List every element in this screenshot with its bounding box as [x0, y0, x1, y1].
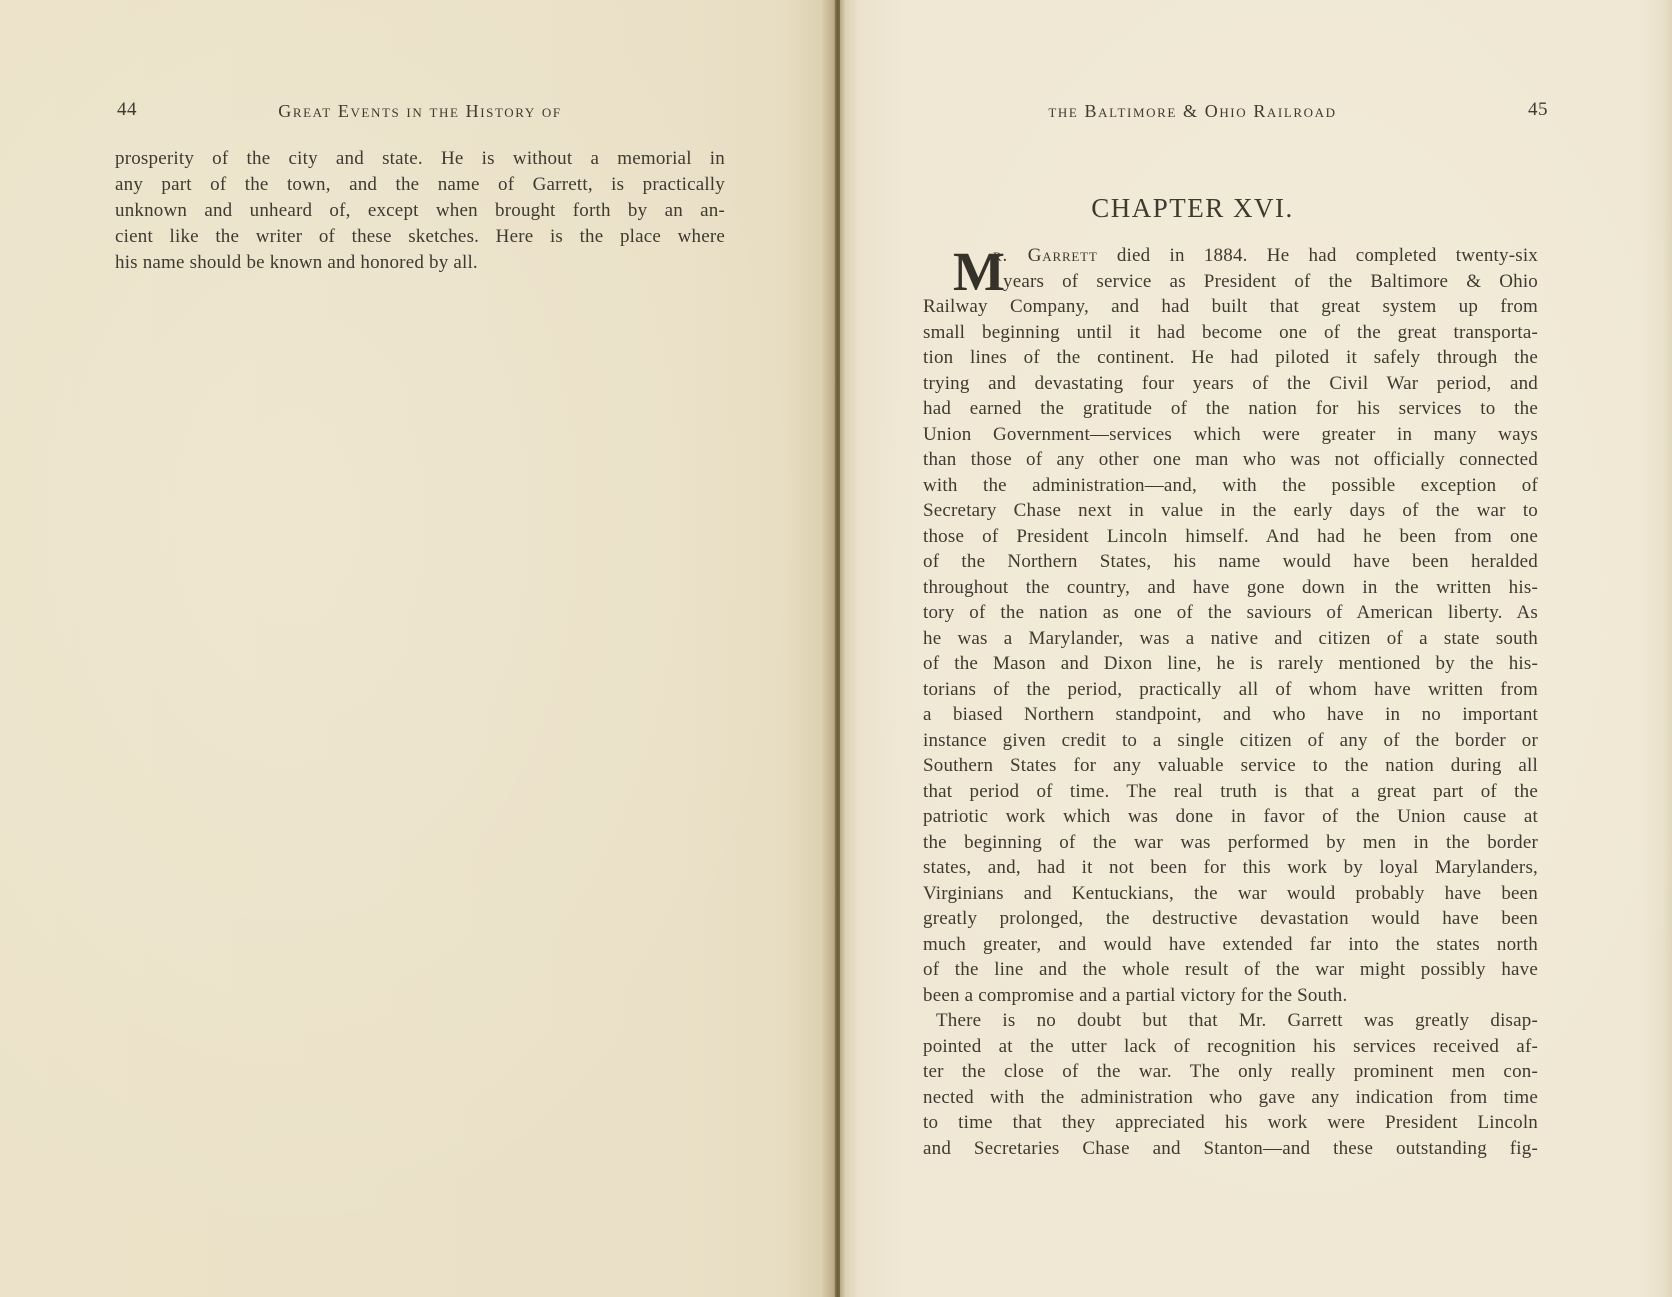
body-line: ter the close of the war. The only reall…: [923, 1059, 1538, 1085]
body-line: nected with the administration who gave …: [923, 1085, 1538, 1111]
body-line: cient like the writer of these sketches.…: [115, 224, 725, 250]
running-header-right: the Baltimore & Ohio Railroad: [885, 101, 1500, 122]
paragraph-2: There is no doubt but that Mr. Garrett w…: [923, 1008, 1538, 1161]
body-line: years of service as President of the Bal…: [923, 269, 1538, 295]
body-line: that period of time. The real truth is t…: [923, 779, 1538, 805]
body-line: greatly prolonged, the destructive devas…: [923, 906, 1538, 932]
body-line: those of President Lincoln himself. And …: [923, 524, 1538, 550]
body-line: with the administration—and, with the po…: [923, 473, 1538, 499]
body-line: There is no doubt but that Mr. Garrett w…: [923, 1008, 1538, 1034]
small-caps-name: r. Garrett: [993, 245, 1098, 266]
left-page-paragraph: prosperity of the city and state. He is …: [115, 146, 725, 276]
body-line: the beginning of the war was performed b…: [923, 830, 1538, 856]
body-line: than those of any other one man who was …: [923, 447, 1538, 473]
body-line: much greater, and would have extended fa…: [923, 932, 1538, 958]
body-line: patriotic work which was done in favor o…: [923, 804, 1538, 830]
body-line: states, and, had it not been for this wo…: [923, 855, 1538, 881]
opening-line-rest: died in 1884. He had completed twenty-si…: [1098, 245, 1538, 266]
page-number-right: 45: [1528, 99, 1548, 121]
drop-cap-letter: M: [953, 244, 1005, 299]
body-line: Railway Company, and had built that grea…: [923, 294, 1538, 320]
body-line: Secretary Chase next in value in the ear…: [923, 498, 1538, 524]
body-line: instance given credit to a single citize…: [923, 728, 1538, 754]
body-line: Union Government—services which were gre…: [923, 422, 1538, 448]
body-line: been a compromise and a partial victory …: [923, 983, 1538, 1009]
body-line: and Secretaries Chase and Stanton—and th…: [923, 1136, 1538, 1162]
body-line: tory of the nation as one of the saviour…: [923, 600, 1538, 626]
body-line: torians of the period, practically all o…: [923, 677, 1538, 703]
book-spread: 44 Great Events in the History of prospe…: [0, 0, 1672, 1297]
body-line: prosperity of the city and state. He is …: [115, 146, 725, 172]
body-line: a biased Northern standpoint, and who ha…: [923, 702, 1538, 728]
left-page: 44 Great Events in the History of prospe…: [0, 0, 836, 1297]
body-line: Virginians and Kentuckians, the war woul…: [923, 881, 1538, 907]
body-line: pointed at the utter lack of recognition…: [923, 1034, 1538, 1060]
body-line: r. Garrett died in 1884. He had complete…: [923, 243, 1538, 269]
chapter-opening: M r. Garrett died in 1884. He had comple…: [923, 243, 1538, 294]
body-line: throughout the country, and have gone do…: [923, 575, 1538, 601]
body-line: any part of the town, and the name of Ga…: [115, 172, 725, 198]
right-page: the Baltimore & Ohio Railroad 45 CHAPTER…: [840, 0, 1672, 1297]
body-line: of the Northern States, his name would h…: [923, 549, 1538, 575]
body-line: trying and devastating four years of the…: [923, 371, 1538, 397]
body-line: to time that they appreciated his work w…: [923, 1110, 1538, 1136]
running-header-left: Great Events in the History of: [115, 101, 725, 122]
body-line: small beginning until it had become one …: [923, 320, 1538, 346]
body-line: tion lines of the continent. He had pilo…: [923, 345, 1538, 371]
paragraph-1: Railway Company, and had built that grea…: [923, 294, 1538, 1008]
chapter-title: CHAPTER XVI.: [885, 193, 1500, 224]
body-line: his name should be known and honored by …: [115, 250, 725, 276]
body-line: unknown and unheard of, except when brou…: [115, 198, 725, 224]
body-line: of the line and the whole result of the …: [923, 957, 1538, 983]
body-line: Southern States for any valuable service…: [923, 753, 1538, 779]
body-line: of the Mason and Dixon line, he is rarel…: [923, 651, 1538, 677]
body-line: he was a Marylander, was a native and ci…: [923, 626, 1538, 652]
body-line: had earned the gratitude of the nation f…: [923, 396, 1538, 422]
